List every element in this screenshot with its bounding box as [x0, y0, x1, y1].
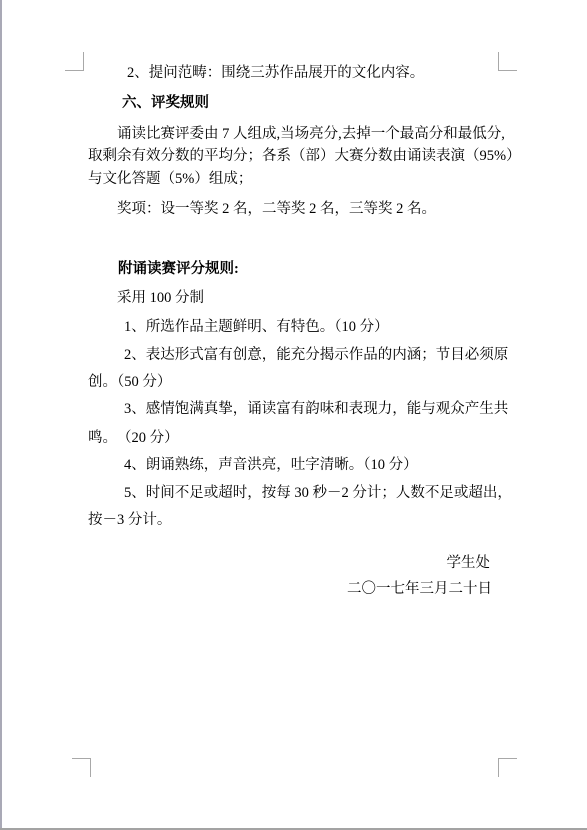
page-left-edge [0, 0, 2, 830]
question-scope-item: 2、提问范畴：围绕三苏作品展开的文化内容。 [127, 65, 424, 81]
criterion-4: 4、朗诵熟练，声音洪亮，吐字清晰。（10 分） [124, 457, 418, 473]
criterion-5-line-2: 按－3 分计。 [88, 512, 171, 528]
criterion-5-line-1: 5、时间不足或超时，按每 30 秒－2 分计；人数不足或超出， [124, 485, 512, 501]
judging-rules-line-3: 与文化答题（5%）组成； [88, 171, 252, 187]
margin-mark-top-left [65, 52, 84, 71]
judging-rules-line-2: 取剩余有效分数的平均分；各系（部）大赛分数由诵读表演（95%） [88, 148, 521, 164]
criterion-2-line-2: 创。（50 分） [88, 374, 171, 390]
awards-line: 奖项：设一等奖 2 名，二等奖 2 名，三等奖 2 名。 [117, 201, 436, 217]
signature-date: 二〇一七年三月二十日 [347, 581, 492, 597]
margin-mark-top-right [498, 52, 517, 71]
signature-unit: 学生处 [447, 555, 491, 571]
margin-mark-bottom-right [498, 758, 517, 777]
scoring-system-line: 采用 100 分制 [117, 290, 204, 306]
criterion-3-line-2: 鸣。 （20 分） [88, 430, 179, 446]
criterion-3-line-1: 3、感情饱满真挚，诵读富有韵味和表现力，能与观众产生共 [124, 401, 508, 417]
criterion-1: 1、所选作品主题鲜明、有特色。（10 分） [124, 319, 389, 335]
appendix-heading: 附诵读赛评分规则: [118, 261, 239, 277]
criterion-2-line-1: 2、表达形式富有创意，能充分揭示作品的内涵；节目必须原 [124, 347, 508, 363]
judging-rules-line-1: 诵读比赛评委由 7 人组成,当场亮分,去掉一个最高分和最低分, [117, 126, 505, 142]
award-section-heading: 六、评奖规则 [122, 95, 209, 111]
document-page: 2、提问范畴：围绕三苏作品展开的文化内容。 六、评奖规则 诵读比赛评委由 7 人… [0, 0, 587, 830]
margin-mark-bottom-left [72, 758, 91, 777]
